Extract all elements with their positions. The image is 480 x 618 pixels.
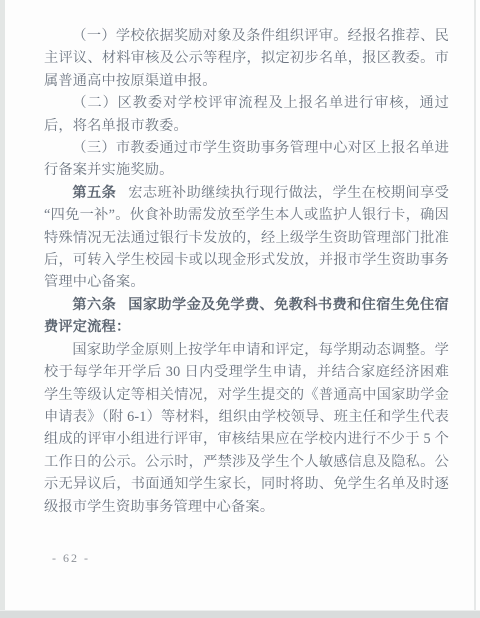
- scan-edge-right: [474, 0, 476, 618]
- paragraph: （二）区教委对学校评审流程及上报名单进行审核，通过后，将名单报市教委。: [44, 92, 449, 137]
- paragraph: 第五条宏志班补助继续执行现行做法，学生在校期间享受“四免一补”。伙食补助需发放至…: [44, 182, 449, 294]
- scanned-document-page: （一）学校依据奖励对象及条件组织评审。经报名推荐、民主评议、材料审核及公示等程序…: [0, 0, 480, 618]
- document-body: （一）学校依据奖励对象及条件组织评审。经报名推荐、民主评议、材料审核及公示等程序…: [44, 25, 449, 518]
- article-number: 第五条: [72, 185, 116, 201]
- article-number: 第六条: [72, 297, 116, 313]
- scan-edge-bottom: [0, 610, 480, 618]
- paragraph: 国家助学金原则上按学年申请和评定，每学期动态调整。学校于每学年开学后 30 日内…: [44, 339, 449, 518]
- paragraph: 第六条国家助学金及免学费、免教科书费和住宿生免住宿费评定流程：: [44, 294, 449, 339]
- paragraph-text: （一）学校依据奖励对象及条件组织评审。经报名推荐、民主评议、材料审核及公示等程序…: [44, 28, 449, 89]
- paragraph: （三）市教委通过市学生资助事务管理中心对区上报名单进行备案并实施奖励。: [44, 137, 449, 182]
- paragraph-text: （二）区教委对学校评审流程及上报名单进行审核，通过后，将名单报市教委。: [44, 95, 449, 133]
- page-number: - 62 -: [52, 551, 90, 566]
- paragraph: （一）学校依据奖励对象及条件组织评审。经报名推荐、民主评议、材料审核及公示等程序…: [44, 25, 449, 92]
- scan-edge-left: [0, 0, 5, 618]
- paragraph-text: （三）市教委通过市学生资助事务管理中心对区上报名单进行备案并实施奖励。: [44, 140, 449, 178]
- paragraph-text: 国家助学金原则上按学年申请和评定，每学期动态调整。学校于每学年开学后 30 日内…: [44, 342, 449, 515]
